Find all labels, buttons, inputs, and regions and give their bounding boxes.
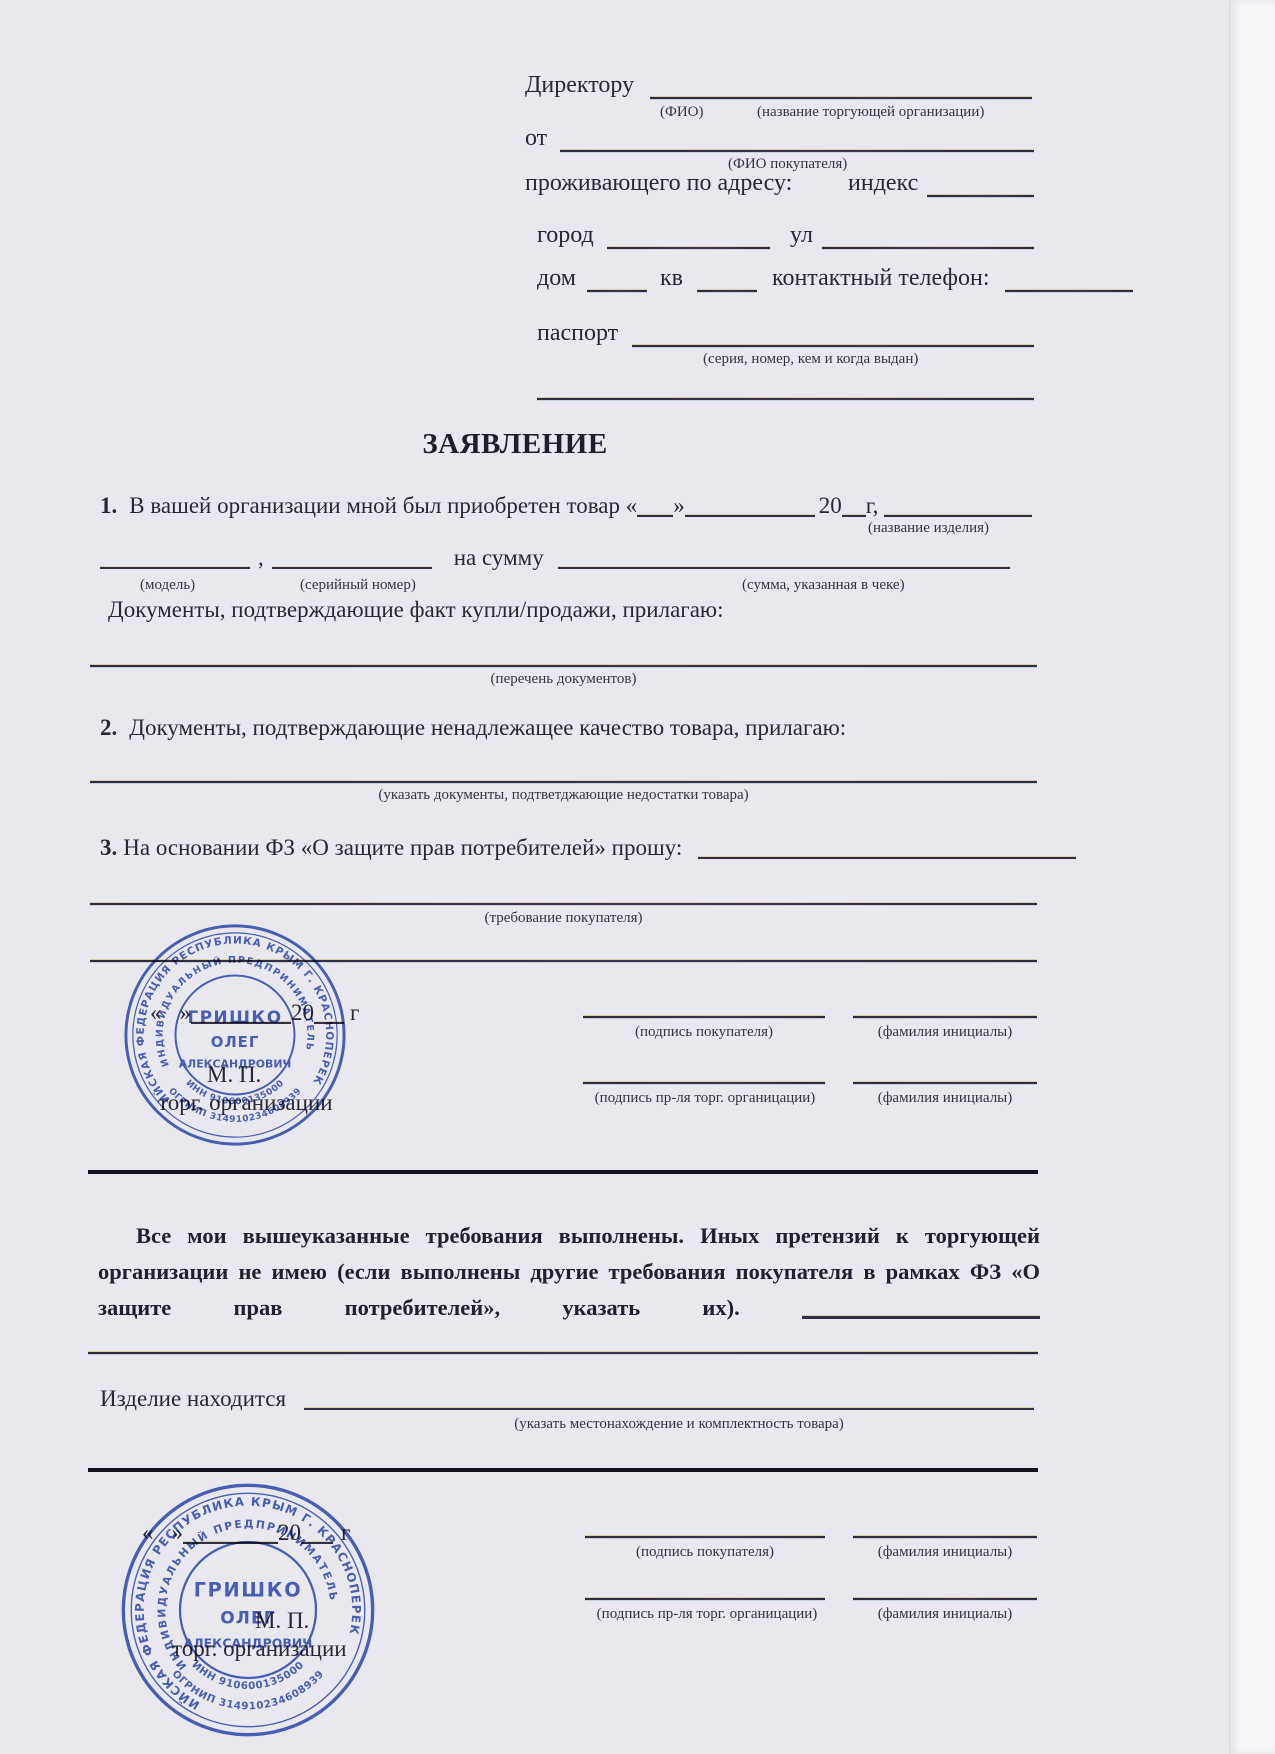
director-fill-line xyxy=(650,97,1032,99)
round-stamp-1: РОССИЙСКАЯ ФЕДЕРАЦИЯ РЕСПУБЛИКА КРЫМ Г. … xyxy=(116,916,354,1154)
seller-signature-note-1: (подпись пр-ля торг. органицации) xyxy=(560,1090,850,1107)
stamp2-firstname: ОЛЕГ xyxy=(220,1609,276,1629)
item2-text: Документы, подтверждающие ненадлежащее к… xyxy=(129,715,846,740)
item-location-label: Изделие находится xyxy=(100,1386,286,1411)
buyer-signature-note-1: (подпись покупателя) xyxy=(583,1024,825,1041)
seller-name-line-1 xyxy=(853,1082,1037,1084)
from-fill-line xyxy=(560,150,1034,152)
from-label: от xyxy=(525,125,547,152)
stamp1-surname: ГРИШКО xyxy=(188,1007,283,1027)
page-title: ЗАЯВЛЕНИЕ xyxy=(330,428,700,461)
index-label: индекс xyxy=(848,170,918,197)
closing-paragraph-text: Все мои вышеуказанные требования выполне… xyxy=(98,1223,1040,1320)
seller-signature-line-1 xyxy=(583,1082,825,1084)
buyer-signature-line-1 xyxy=(583,1016,825,1018)
serial-number-blank xyxy=(272,567,432,569)
phone-fill-line xyxy=(1005,290,1133,292)
sum-note: (сумма, указанная в чеке) xyxy=(742,577,905,594)
stamp1-firstname: ОЛЕГ xyxy=(211,1033,260,1051)
buyer-name-note-1: (фамилия инициалы) xyxy=(853,1024,1037,1041)
seller-signature-note-2: (подпись пр-ля торг. органицации) xyxy=(562,1606,852,1623)
item2-row: 2.Документы, подтверждающие ненадлежащее… xyxy=(100,715,1040,741)
house-label: дом xyxy=(537,265,576,292)
defect-docs-fill-line xyxy=(90,781,1037,783)
director-fio-note: (ФИО) xyxy=(660,104,704,121)
index-fill-line xyxy=(927,195,1034,197)
passport-label: паспорт xyxy=(537,320,618,347)
item1-year-suffix: г, xyxy=(866,493,879,518)
model-blank xyxy=(100,567,250,569)
docs-list-note: (перечень документов) xyxy=(90,671,1037,688)
product-name-note: (название изделия) xyxy=(868,520,989,537)
demand-fill-line xyxy=(90,903,1037,905)
org-name-note: (название торгующей организации) xyxy=(757,104,984,121)
seller-signature-line-2 xyxy=(585,1598,825,1600)
product-name-blank xyxy=(884,515,1032,517)
buyer-name-line-2 xyxy=(853,1536,1037,1538)
buyer-signature-note-2: (подпись покупателя) xyxy=(585,1544,825,1561)
apt-fill-line xyxy=(697,290,757,292)
scanned-claim-form-page: Директору (ФИО) (название торгующей орга… xyxy=(0,0,1275,1754)
buyer-signature-line-2 xyxy=(585,1536,825,1538)
defect-docs-note: (указать документы, подтветджающие недос… xyxy=(90,787,1037,804)
item1-row1: 1.В вашей организации мной был приобрете… xyxy=(100,493,1040,519)
director-label: Директору xyxy=(525,72,634,99)
item3-row: 3.На основании ФЗ «О защите прав потреби… xyxy=(100,835,1040,861)
buyer-name-note-2: (фамилия инициалы) xyxy=(853,1544,1037,1561)
closing-fill-line xyxy=(88,1352,1038,1354)
serial-number-note: (серийный номер) xyxy=(300,577,416,594)
stamp2-surname: ГРИШКО xyxy=(194,1578,303,1601)
closing-paragraph-blank xyxy=(802,1316,1040,1319)
city-fill-line xyxy=(607,247,770,249)
demand-blank xyxy=(698,857,1076,859)
item1-comma: , xyxy=(250,545,272,570)
section-divider-line-2 xyxy=(88,1468,1038,1472)
round-stamp-2: РОССИЙСКАЯ ФЕДЕРАЦИЯ РЕСПУБЛИКА КРЫМ Г. … xyxy=(112,1474,384,1746)
purchase-month-blank xyxy=(685,515,815,517)
stamp2-patronymic: АЛЕКСАНДРОВИЧ xyxy=(184,1635,313,1650)
city-label: город xyxy=(537,222,594,249)
buyer-name-line-1 xyxy=(853,1016,1037,1018)
header-extra-fill-line xyxy=(537,398,1034,400)
sum-blank xyxy=(558,567,1010,569)
stamp1-patronymic: АЛЕКСАНДРОВИЧ xyxy=(179,1058,292,1071)
item1-row2: ,на сумму xyxy=(100,545,1040,571)
item-location-blank xyxy=(304,1408,1034,1410)
section-divider-line-1 xyxy=(88,1170,1038,1174)
item-location-note: (указать местонахождение и комплектность… xyxy=(320,1416,1038,1433)
apt-label: кв xyxy=(660,265,683,292)
address-label: проживающего по адресу: xyxy=(525,170,792,197)
item1-number: 1. xyxy=(100,493,129,518)
purchase-day-blank xyxy=(637,515,673,517)
page-right-edge xyxy=(1229,0,1275,1754)
item3-number: 3. xyxy=(100,835,123,860)
sum-label: на сумму xyxy=(432,545,558,570)
seller-name-note-1: (фамилия инициалы) xyxy=(853,1090,1037,1107)
docs-list-fill-line xyxy=(90,665,1037,667)
closing-paragraph: Все мои вышеуказанные требования выполне… xyxy=(98,1218,1040,1326)
passport-fill-line xyxy=(632,345,1034,347)
house-fill-line xyxy=(587,290,647,292)
item2-number: 2. xyxy=(100,715,129,740)
item3-text: На основании ФЗ «О защите прав потребите… xyxy=(123,835,682,860)
street-fill-line xyxy=(822,247,1034,249)
street-label: ул xyxy=(790,222,813,249)
item1-text: В вашей организации мной был приобретен … xyxy=(129,493,637,518)
phone-label: контактный телефон: xyxy=(772,265,990,292)
purchase-docs-label: Документы, подтверждающие факт купли/про… xyxy=(108,597,724,623)
model-note: (модель) xyxy=(140,577,195,594)
passport-note: (серия, номер, кем и когда выдан) xyxy=(703,351,918,368)
seller-name-note-2: (фамилия инициалы) xyxy=(853,1606,1037,1623)
item1-year: 20 xyxy=(815,493,842,518)
item1-quote-close: » xyxy=(673,493,685,518)
seller-name-line-2 xyxy=(853,1598,1037,1600)
purchase-year-blank xyxy=(842,515,866,517)
item-location-row: Изделие находится xyxy=(100,1386,1040,1412)
